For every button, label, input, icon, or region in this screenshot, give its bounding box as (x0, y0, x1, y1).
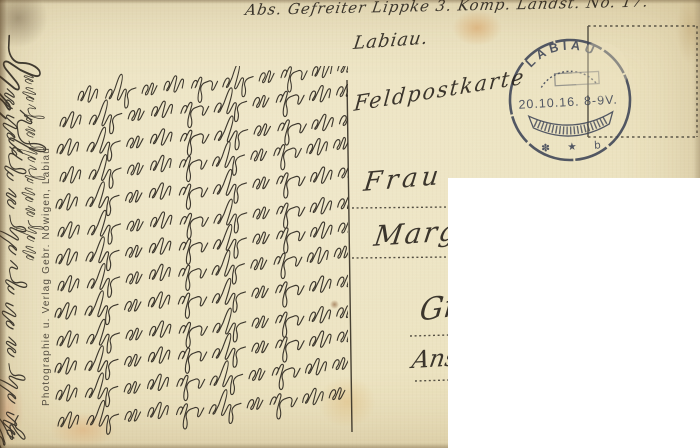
postmark-fade (572, 42, 628, 98)
divider-line (347, 80, 352, 432)
publisher-imprint: Photographie u. Verlag Gebr. Nowigen, La… (41, 147, 52, 406)
address-line-4 (415, 380, 449, 381)
postcard-scan: LABIAU 20.10.16. 8-9V. ✽ ★ b Abs. Gefrei… (0, 0, 700, 448)
message-handwriting (53, 50, 358, 441)
white-patch (448, 178, 700, 448)
address-line-3 (410, 335, 449, 336)
address-line-1 (352, 207, 449, 208)
address-line-2 (352, 257, 449, 258)
